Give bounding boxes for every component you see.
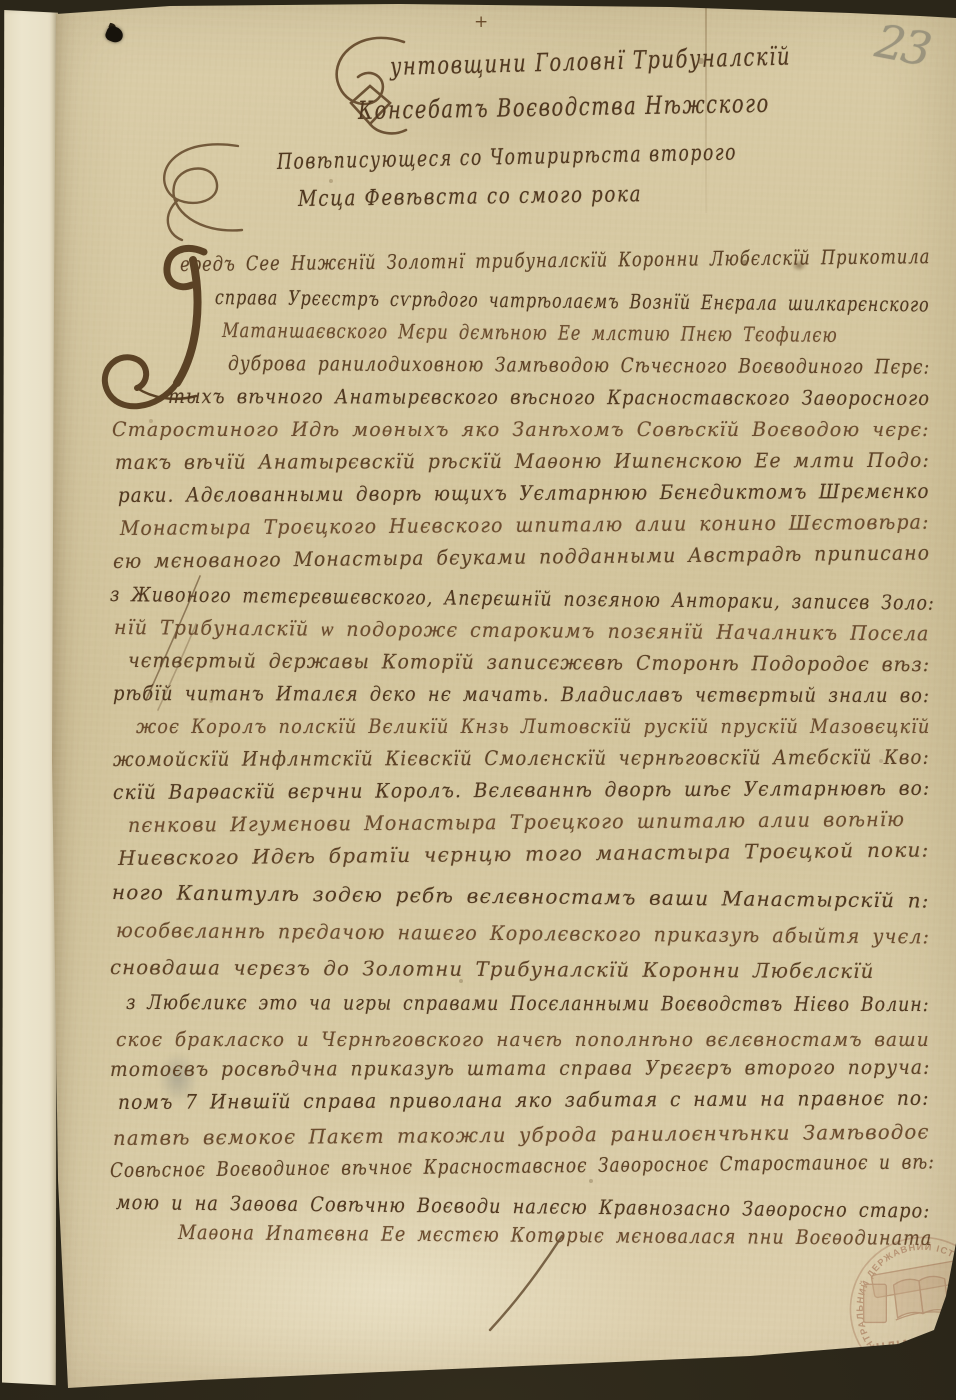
manuscript-line: Совѣсноє Воєводиноє вѣчноє Красноставсно… — [110, 1149, 935, 1182]
manuscript-line: раки. Адєлованными дворѣ ющихъ Уєлтарнюю… — [118, 479, 930, 507]
manuscript-line: чєтвєртый дєржавы Которїй записєжєвѣ Сто… — [128, 648, 930, 676]
manuscript-line: нїй Трибуналскїй ѡ подорожє старокимъ по… — [114, 615, 930, 646]
folio-number: 23 — [871, 13, 933, 76]
manuscript-line: тыхъ вѣчного Анатырєвского вѣсного Красн… — [168, 384, 930, 410]
stamp-year: 1852 — [894, 1347, 956, 1380]
manuscript-line: мою и на Заѳова Совѣчню Воєводи налєсю К… — [116, 1190, 931, 1223]
header-line: Повѣписующеся со Чотирирѣста второго — [277, 140, 738, 175]
manuscript-line: ередъ Сее Нижєнїй Золотнї трибуналскїй К… — [180, 244, 931, 276]
manuscript-line: юсобвєланнѣ прєдачою нашєго Королєвского… — [116, 918, 930, 948]
ink-blot — [104, 24, 125, 44]
manuscript-line: жомойскїй Инфлнтскїй Кієвскїй Смолєнскїй… — [113, 745, 930, 771]
cross-mark: + — [474, 12, 488, 32]
archive-stamp: ЦЕНТРАЛЬНИЙ ДЕРЖАВНИЙ ІСТОРИЧНИЙ АРХІВ У… — [835, 1222, 956, 1397]
line-tail-flourish-icon — [480, 1232, 570, 1337]
stamp-org-name: ЦДІАК України — [875, 1328, 956, 1355]
manuscript-line: скоє бракласко и Чєрнѣговского начєѣ поп… — [116, 1027, 930, 1051]
manuscript-line: Монастыра Троєцкого Ниєвского шпиталю ал… — [120, 510, 930, 540]
manuscript-line: справа Урєєстръ сѵрѣдого чатрѣолаємъ Воз… — [215, 285, 930, 316]
manuscript-line: дуброва ранилодиховною Замѣводою Сѣчєсно… — [228, 351, 930, 379]
manuscript-line: рѣбїй читанъ Италєя дєко нє мачать. Влад… — [113, 681, 930, 707]
manuscript-line: Матаншаєвского Мєри дємѣною Ее млстию Пн… — [222, 318, 838, 347]
manuscript-line: сновдаша чєрєзъ до Золотни Трибуналскїй … — [110, 955, 875, 983]
manuscript-line: з Любєликє это ча игры справами Посєланн… — [126, 990, 930, 1016]
manuscript-line: помъ 7 Инвшїй справа приволана яко забит… — [118, 1086, 930, 1114]
manuscript-sheet: + 23 — [50, 0, 956, 1400]
manuscript-line: Маѳона Ипатєвна Ее мєстєю Которыє мєнова… — [178, 1220, 933, 1250]
manuscript-line: такъ вѣчїй Анатырєвскїй рѣскїй Маѳоню Иш… — [115, 448, 930, 474]
manuscript-line: патвѣ вємокоє Пакєт такожли уброда ранил… — [113, 1120, 930, 1150]
manuscript-line: з Живоного тєтєрєвшєвского, Апєрєшнїй по… — [110, 582, 935, 615]
archival-photo-background: + 23 — [0, 0, 956, 1400]
manuscript-line: Ниєвского Идєѣ братїи чєрнцю того манаст… — [118, 838, 930, 870]
manuscript-line: скїй Варѳаскїй вєрчни Королъ. Вєлєваннѣ … — [113, 776, 930, 804]
manuscript-line: тотоєвъ росвѣдчна приказуѣ штата справа … — [110, 1055, 931, 1081]
header-line: Мсца Февѣвста со смого рока — [298, 182, 642, 212]
header-line: Консебатъ Воєводства Нѣжского — [358, 89, 770, 125]
manuscript-line: єю мєнованого Монастыра бєуками подданны… — [113, 540, 930, 573]
manuscript-line: Старостиного Идѣ моѳныхъ яко Занѣхомъ Со… — [112, 417, 930, 441]
manuscript-line: ного Капитулѣ зодєю рєбѣ вєлєвностамъ ва… — [112, 880, 930, 913]
header-line: унтовщини Головнї Трибуналскїй — [390, 42, 792, 81]
manuscript-line: пєнкови Игумєнови Монастыра Троєцкого шп… — [128, 807, 905, 837]
adjacent-page-edge — [2, 10, 58, 1388]
manuscript-line: жоє Королъ полскїй Вєликїй Кнзь Литовскї… — [136, 714, 930, 738]
margin-flourish-icon — [148, 136, 253, 246]
